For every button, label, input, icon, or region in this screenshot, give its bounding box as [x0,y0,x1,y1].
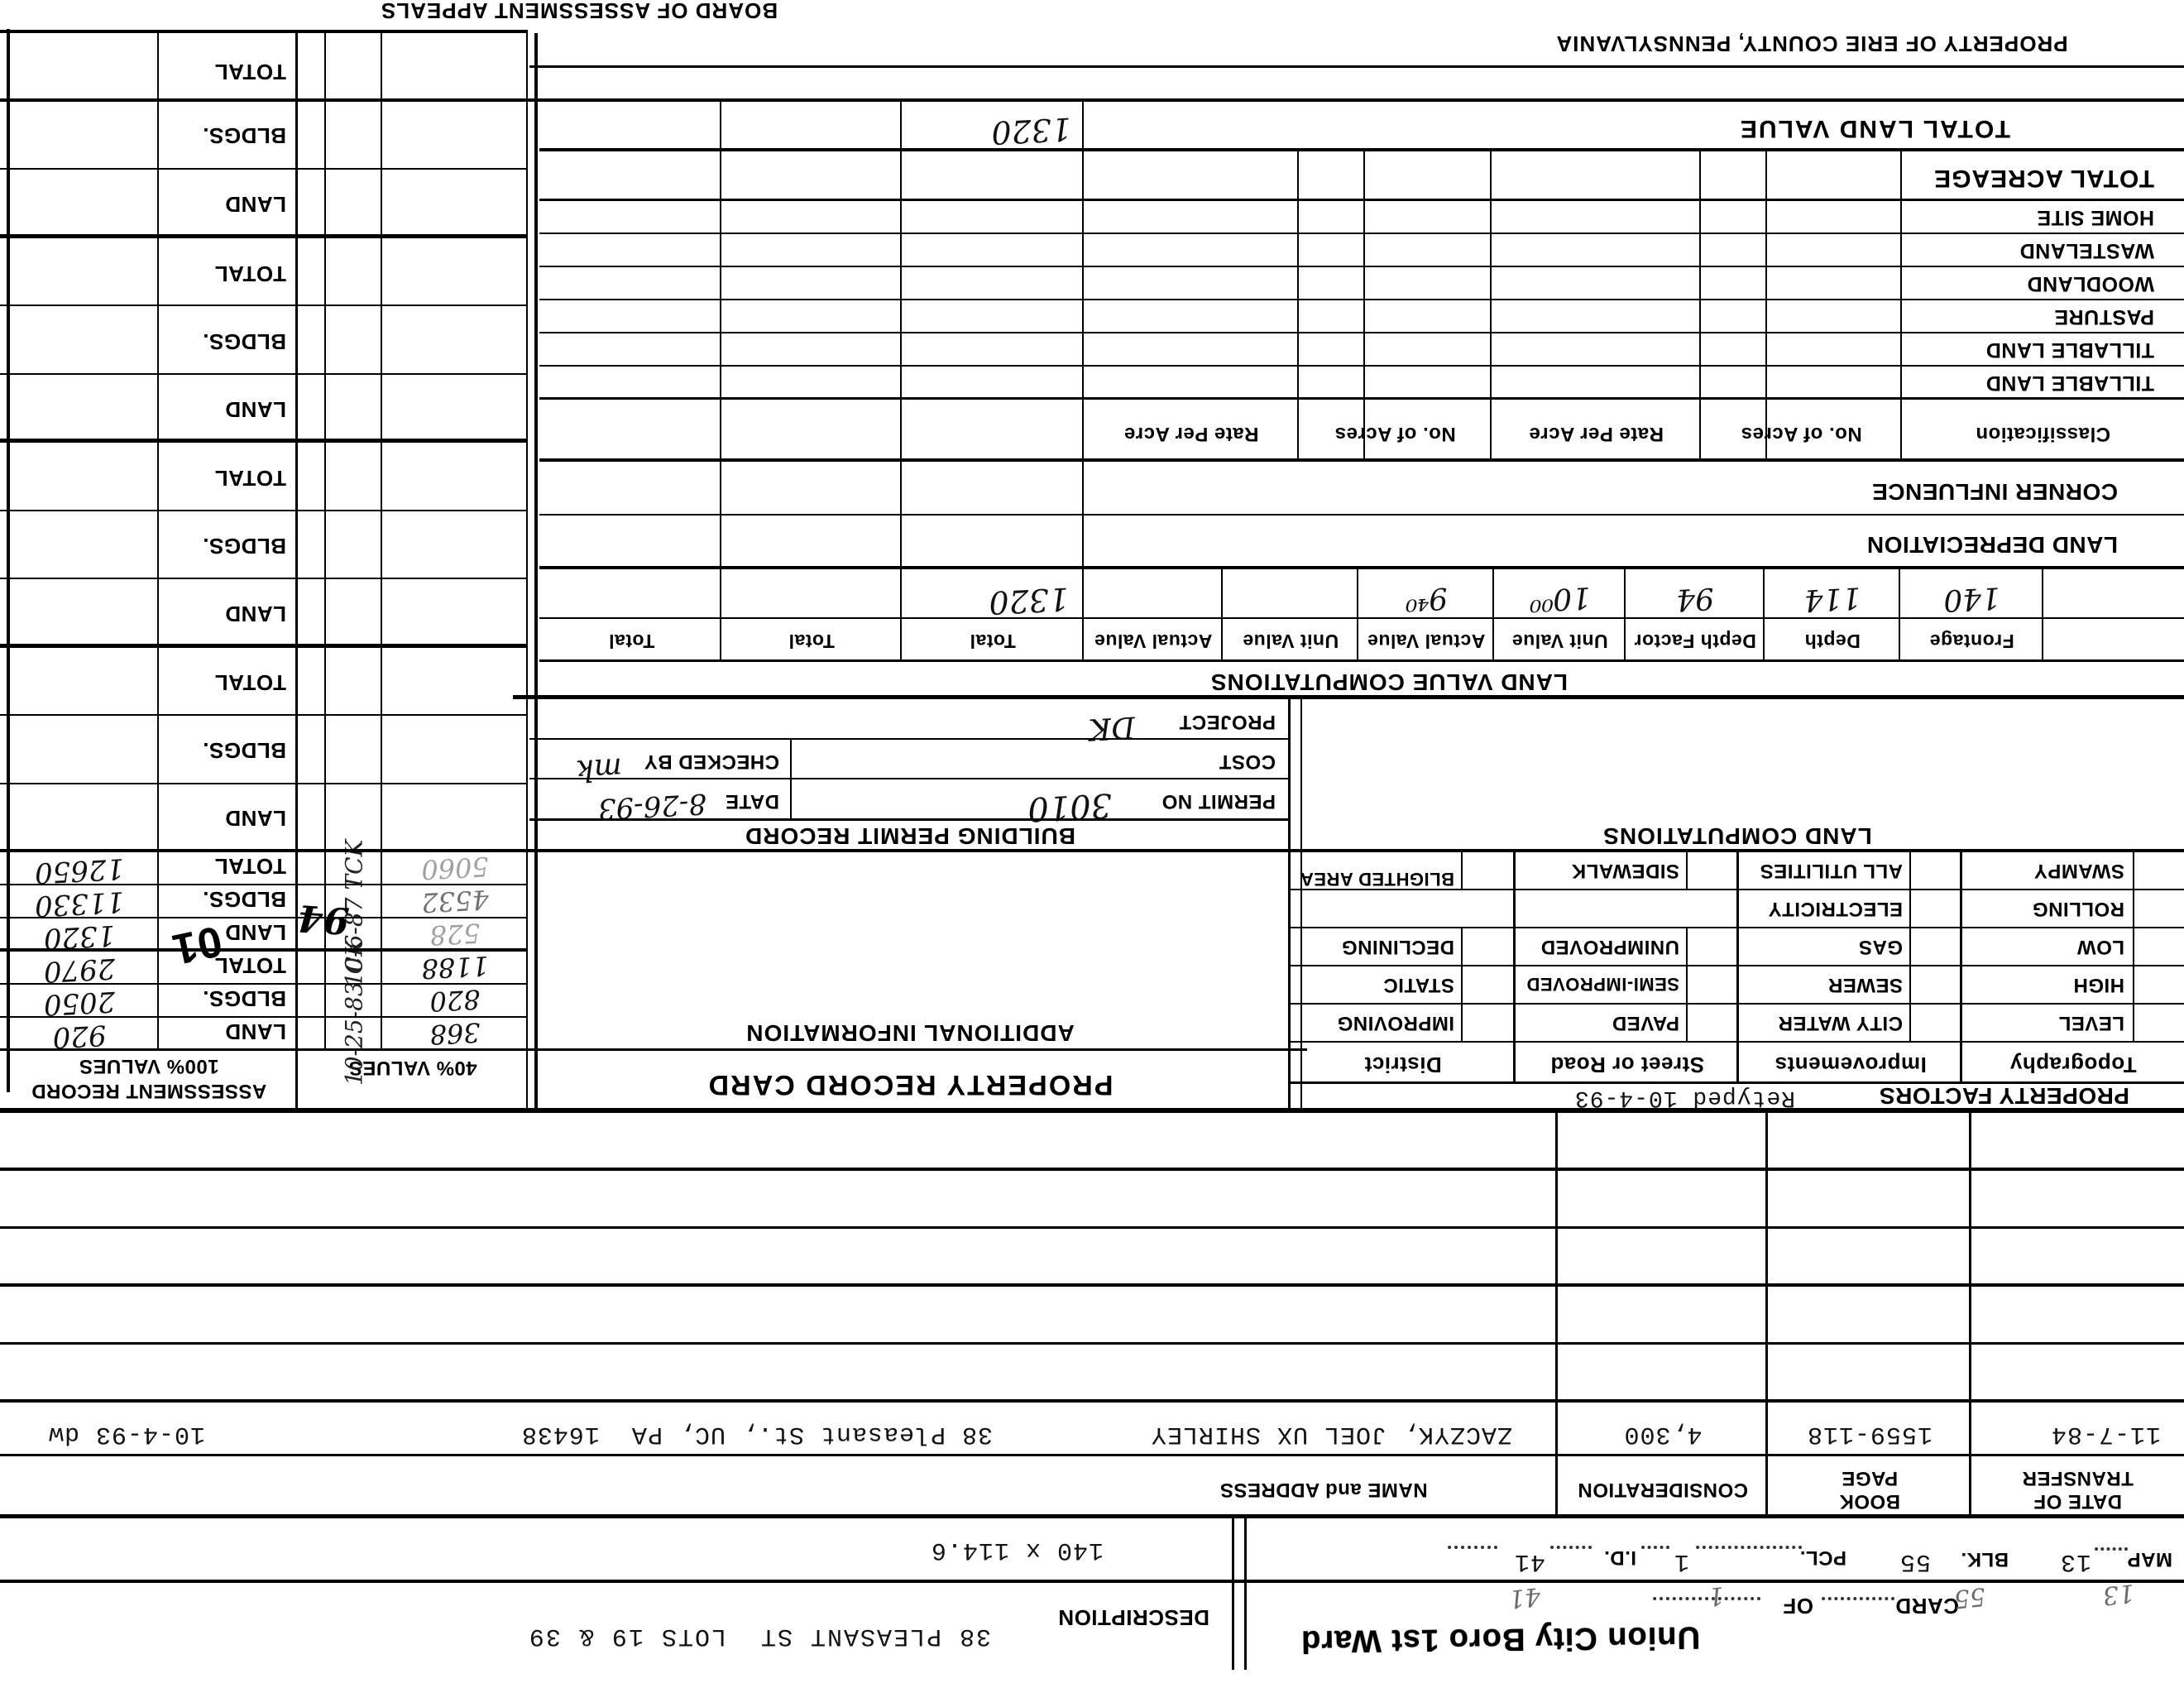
transfer-col-date-line1: DATE OF [2033,1490,2122,1513]
id-pencil-note: 41 [1507,1581,1542,1614]
assessment-row-label: TOTAL [214,853,286,879]
assessment-row-label: TOTAL [214,465,286,491]
assessment-40-value: 368 [381,1014,529,1053]
grid-line [1624,569,1626,662]
total-land-value: 1320 [990,110,1072,151]
grid-line [0,98,2184,102]
factor-option: SEMI-IMPROVED [1526,973,1679,995]
id-value: 41 [1514,1547,1545,1575]
factor-option: BLIGHTED AREA [1297,869,1454,889]
assessment-40-header: 40% VALUES [298,1056,528,1079]
grid-line [1297,151,1299,462]
lv-header: Total [721,630,902,652]
grid-line [0,1016,528,1018]
transfer-consideration: 4,300 [1558,1420,1768,1448]
assessment-row-label: LAND [225,396,286,422]
assessment-40-value: 820 [381,981,529,1019]
scanned-property-record-card: CARD OF Union City Boro 1st Ward DESCRIP… [0,0,2184,1688]
factor-option: DECLINING [1342,935,1455,958]
assessment-100-header: 100% VALUES [0,1054,298,1077]
acreage-header-rate: Rate Per Acre [1084,422,1299,445]
transfer-annotation: 10-4-93 dw [48,1420,205,1448]
grid-line [1082,102,1084,662]
grid-line [0,644,528,648]
grid-line [0,578,528,579]
grid-line [1461,852,1463,890]
total-land-value-label: TOTAL LAND VALUE [1739,114,2010,142]
lv-actual-value: 9⁴⁰ [1358,578,1495,620]
lv-total-value: 1320 [988,580,1070,621]
lv-frontage-value: 140 [1899,578,2044,620]
lv-header: Unit Value [1494,630,1626,652]
factor-option: GAS [1858,935,1903,958]
grid-line [0,1168,2184,1171]
acreage-row-label: TILLABLE LAND [1985,338,2154,362]
transfer-date: 11-7-84 [2051,1420,2161,1448]
county-footer-text: PROPERTY OF ERIE COUNTY, PENNSYLVANIA [1522,31,2101,56]
grid-line [539,566,2184,569]
grid-line [539,199,2184,201]
grid-line [539,514,2184,516]
grid-line [1763,569,1765,662]
grid-line [1492,569,1494,662]
building-permit-record-title: BUILDING PERMIT RECORD [529,822,1291,849]
factor-option: ROLLING [2033,897,2125,920]
grid-line [0,849,2184,852]
grid-line [0,1108,2184,1113]
grid-line [1555,1110,1558,1518]
card-label: CARD [1895,1593,1959,1618]
grid-line [1232,1518,1234,1670]
factors-header-improvements: Improvements [1739,1052,1962,1077]
assessment-row-label: LAND [225,191,286,217]
permit-no-label: PERMIT NO [1161,789,1276,813]
lv-depth-value: 114 [1764,578,1901,620]
grid-line [0,305,528,306]
transfer-book-page: 1559-118 [1768,1420,1971,1448]
assessment-row-label: LAND [225,805,286,831]
grid-line [0,373,528,375]
factors-header-topography: Topography [1962,1052,2184,1077]
transfer-address: 38 Pleasant St., UC, PA 16438 [521,1420,993,1448]
grid-line [324,33,326,1051]
blk-label: BLK. [1961,1547,2009,1571]
dotted-leader [1550,1546,1592,1549]
transfer-col-date-header: DATE OFTRANSFER [1971,1466,2184,1513]
assessment-row-label: BLDGS. [203,886,286,912]
grid-line [1363,151,1365,462]
corner-influence-label: CORNER INFLUENCE [1872,478,2118,505]
acreage-header-acres: No. of Acres [1299,422,1492,445]
grid-line [0,884,528,885]
assessment-row-label: TOTAL [214,261,286,286]
acreage-row-label: TILLABLE LAND [1985,371,2154,395]
grid-line [529,778,1291,779]
description-value: 38 PLEASANT ST LOTS 19 & 39 [528,1622,991,1650]
grid-line [0,1283,2184,1287]
factor-option: SWAMPY [2033,859,2124,882]
grid-line [2133,852,2134,1043]
assessment-row-label: TOTAL [214,669,286,695]
grid-line [381,33,382,1051]
grid-line [0,1342,2184,1345]
dotted-leader [2095,1547,2128,1551]
factor-option: PAVED [1612,1011,1679,1034]
grid-line [539,148,2184,151]
grid-line [0,1048,1307,1051]
acreage-header-acres: No. of Acres [1701,422,1902,445]
grid-line [1699,151,1701,462]
map-label: MAP [2127,1547,2172,1571]
lv-header: Depth [1765,630,1900,652]
factor-option: UNIMPROVED [1540,935,1679,958]
checked-by-value: mk [575,751,623,788]
additional-information-title: ADDITIONAL INFORMATION [529,1019,1291,1046]
assessment-row-label: BLDGS. [203,533,286,559]
assessment-40-value: 4532 [381,881,529,920]
factor-option: HIGH [2073,973,2124,996]
board-footer-text: BOARD OF ASSESSMENT APPEALS [248,0,910,23]
lv-unit-value: 10⁰⁰ [1493,578,1626,619]
grid-line [1686,852,1688,890]
lv-header: Actual Value [1358,630,1494,652]
acreage-row-label: WASTELAND [2019,238,2154,262]
grid-line [0,234,528,238]
factor-option: ELECTRICITY [1768,897,1903,920]
description-label: DESCRIPTION [1058,1604,1209,1630]
lot-dimensions: 140 x 114.6 [931,1536,1104,1564]
grid-line [539,458,2184,462]
dotted-leader [1696,1546,1802,1549]
grid-line [0,1514,2184,1518]
lv-depth-factor-value: 94 [1625,578,1765,620]
permit-no-value: 3010 [1027,785,1113,827]
project-value: DK [1088,710,1136,746]
lv-header: Actual Value [1084,630,1223,652]
grid-line [1490,151,1492,462]
grid-line [539,233,2184,234]
grid-line [1244,1518,1247,1670]
grid-line [1300,699,1302,1113]
cost-label: COST [1219,750,1276,773]
factor-option: CITY WATER [1778,1011,1903,1034]
grid-line [0,1399,2184,1403]
grid-line [0,917,528,918]
pcl-label: PCL. [1799,1546,1846,1569]
grid-line [539,617,2184,619]
lv-header: Frontage [1900,630,2043,652]
property-factors-title: PROPERTY FACTORS [1879,1082,2129,1109]
assessment-row-label: BLDGS. [203,328,286,354]
assessment-row-label: LAND [225,1019,286,1044]
permit-date-label: DATE [725,789,779,813]
acreage-header-rate: Rate Per Acre [1492,422,1701,445]
grid-line [7,29,10,1092]
assessment-row-label: BLDGS. [203,737,286,763]
assessment-record-title: ASSESSMENT RECORD [0,1079,298,1102]
transfer-col-book-header: BOOKPAGE [1768,1466,1971,1513]
grid-line [0,168,528,170]
grid-line [720,102,721,662]
grid-line [0,783,528,784]
grid-line [2042,569,2043,662]
grid-line [0,510,528,511]
note-initials: TCK [341,840,368,890]
transfer-name: ZACZYK, JOEL UX SHIRLEY [1151,1420,1512,1448]
pcl-value: 1 [1674,1547,1689,1575]
acreage-row-label: PASTURE [2054,305,2154,328]
assessment-row-label: TOTAL [214,952,286,978]
factor-option: IMPROVING [1337,1011,1454,1034]
property-record-card-title: PROPERTY RECORD CARD [529,1068,1291,1101]
district-stamp-01: 01 [168,915,227,974]
transfer-col-book-line2: PAGE [1842,1467,1898,1489]
grid-line [539,332,2184,333]
grid-line [539,365,2184,367]
dotted-leader [1641,1546,1669,1549]
grid-line [534,33,538,1113]
grid-line [0,1580,2184,1583]
factor-option: STATIC [1383,973,1454,996]
lv-header: Total [902,630,1084,652]
project-label: PROJECT [1179,710,1276,733]
acreage-header-classification: Classification [1902,422,2184,445]
transfer-col-book-line1: BOOK [1839,1490,1900,1513]
grid-line [1765,151,1767,462]
grid-line [1686,928,1688,1043]
map-value: 13 [2060,1547,2091,1575]
assessment-row-label: BLDGS. [203,985,286,1011]
factors-header-district: District [1291,1052,1516,1077]
grid-line [539,659,2184,662]
grid-line [529,738,1291,740]
acreage-row-label: HOME SITE [2037,205,2154,229]
grid-line [1357,569,1358,662]
grid-line [1900,151,1902,462]
grid-line [1765,1110,1768,1518]
land-value-computations-title: LAND VALUE COMPUTATIONS [1210,669,1568,695]
transfer-col-date-line2: TRANSFER [2022,1467,2134,1489]
grid-line [539,397,2184,400]
grid-line [1899,569,1900,662]
factor-option: LOW [2077,935,2124,958]
grid-line [790,740,792,821]
of-label: OF [1783,1593,1813,1618]
assessment-40-value: 5060 [381,848,529,887]
card-rotated-content: CARD OF Union City Boro 1st Ward DESCRIP… [0,0,2184,1688]
pcl-pencil-note: 1 [1707,1580,1726,1611]
total-acreage-label: TOTAL ACREAGE [1933,164,2154,192]
dotted-leader [1448,1546,1497,1549]
blk-pencil-note: 55 [1952,1581,1987,1614]
factor-option: SEWER [1827,973,1903,996]
grid-line [0,439,528,443]
assessment-row-label: LAND [225,919,286,945]
checked-by-label: CHECKED BY [644,750,779,773]
grid-line [539,299,2184,300]
acreage-row-label: WOODLAND [2027,271,2154,295]
grid-line [539,266,2184,267]
grid-line [0,714,528,716]
grid-line [529,818,1291,821]
grid-line [0,983,528,985]
grid-line [1288,699,1291,1113]
lv-header: Total [542,630,721,652]
assessment-40-value: 1188 [381,947,529,986]
grid-line [1513,852,1516,1084]
grid-line [1221,569,1223,662]
id-label: I.D. [1604,1546,1636,1569]
grid-line [1736,852,1739,1084]
ward-stamp: Union City Boro 1st Ward [1300,1618,1700,1658]
grid-line [1960,852,1962,1084]
grid-line [1461,928,1463,1043]
grid-line [1909,852,1911,1043]
factor-option: SIDEWALK [1571,859,1679,882]
assessment-row-label: LAND [225,601,286,626]
grid-line [0,1454,2184,1456]
grid-line [0,1226,2184,1229]
factor-option: ALL UTILITIES [1760,859,1903,882]
lv-header: Unit Value [1223,630,1358,652]
blk-value: 55 [1899,1547,1931,1575]
assessment-row-label: TOTAL [214,59,286,84]
factors-header-street: Street or Road [1516,1052,1739,1077]
transfer-col-name-header: NAME and ADDRESS [1175,1478,1473,1501]
grid-line [157,33,159,1051]
grid-line [900,102,902,662]
grid-line [529,65,2184,68]
handwritten-94: 94 [295,896,351,942]
grid-line [513,695,2184,699]
dotted-leader [1653,1597,1760,1600]
factor-option: LEVEL [2058,1011,2124,1034]
lv-header: Depth Factor [1626,630,1765,652]
retyped-note: Retyped 10-4-93 [1574,1085,1795,1110]
transfer-col-consideration-header: CONSIDERATION [1558,1478,1768,1501]
land-depreciation-label: LAND DEPRECIATION [1866,531,2118,558]
dotted-leader [1822,1597,1894,1600]
land-computations-title: LAND COMPUTATIONS [1291,822,2184,849]
assessment-row-label: BLDGS. [203,122,286,148]
grid-line [1969,1110,1971,1518]
grid-line [0,948,528,952]
grid-line [0,30,528,33]
